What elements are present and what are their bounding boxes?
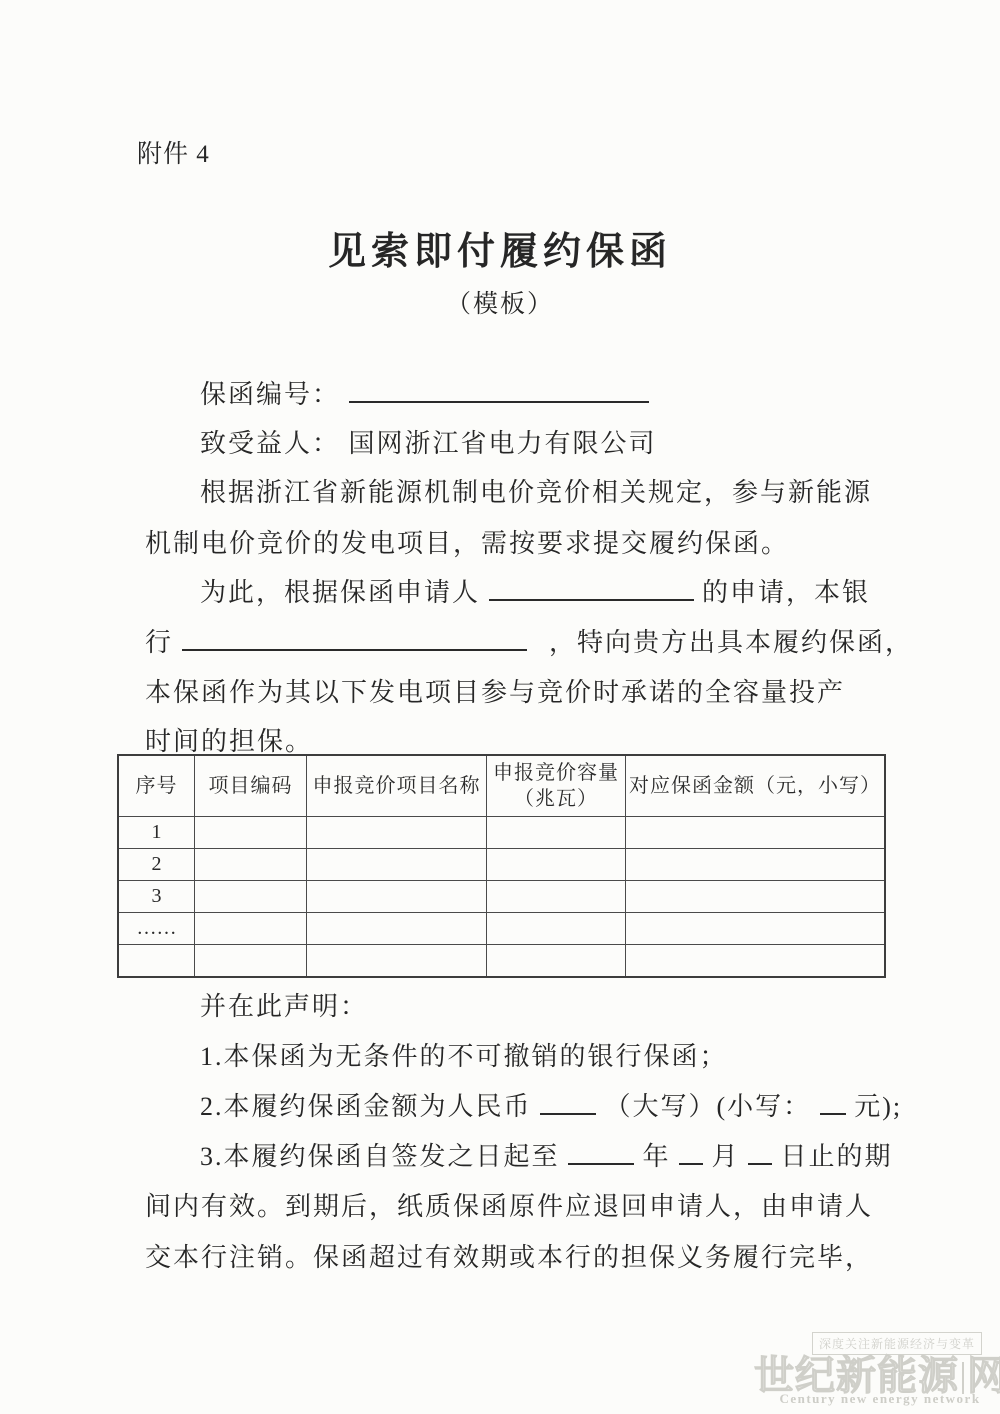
amount-figures-blank-field (820, 1108, 846, 1115)
cell-bond-amount (626, 817, 886, 849)
cell-project-name (307, 913, 487, 945)
item2-pre-text: 2.本履约保函金额为人民币 (200, 1092, 532, 1121)
declaration-item-3-line-2: 间内有效。到期后，纸质保函原件应退回申请人，由申请人 (145, 1186, 873, 1223)
project-bond-table: 序号 项目编码 申报竞价项目名称 申报竞价容量 （兆瓦） 对应保函金额（元，小写… (117, 754, 886, 978)
document-page: 附件 4 见索即付履约保函 （模板） 保函编号： 致受益人： 国网浙江省电力有限… (0, 0, 1000, 1414)
amount-words-blank-field (540, 1108, 596, 1115)
cell-serial: …… (118, 913, 195, 945)
table-row: 1 (118, 817, 885, 849)
item2-mid-text: （大写）(小写： (605, 1092, 812, 1121)
paragraph-2-line-2: 行 ，特向贵方出具本履约保函， (145, 622, 913, 659)
declaration-item-2: 2.本履约保函金额为人民币 （大写）(小写： 元); (200, 1086, 902, 1123)
cell-project-code (195, 849, 307, 881)
watermark-english-subtitle: Century new energy network (770, 1391, 990, 1407)
cell-serial: 2 (118, 849, 195, 881)
table-row: 3 (118, 881, 885, 913)
paragraph-1-line-2: 机制电价竞价的发电项目，需按要求提交履约保函。 (145, 523, 789, 560)
bank-name-blank-field (182, 644, 527, 651)
table-row: 2 (118, 849, 885, 881)
month-unit-text: 月 (712, 1142, 740, 1171)
header-project-code: 项目编码 (195, 755, 307, 817)
beneficiary-value: 国网浙江省电力有限公司 (349, 429, 657, 458)
cell-bond-amount (626, 945, 886, 978)
declaration-item-1: 1.本保函为无条件的不可撤销的银行保函； (200, 1036, 728, 1073)
cell-bid-capacity (487, 913, 626, 945)
cell-bond-amount (626, 849, 886, 881)
table-header-row: 序号 项目编码 申报竞价项目名称 申报竞价容量 （兆瓦） 对应保函金额（元，小写… (118, 755, 885, 817)
item3-pre-text: 3.本履约保函自签发之日起至 (200, 1142, 560, 1171)
expiry-month-blank-field (679, 1158, 703, 1165)
applicant-pre-text: 为此，根据保函申请人 (200, 578, 480, 607)
cell-project-code (195, 913, 307, 945)
paragraph-2-line-1: 为此，根据保函申请人 的申请，本银 (200, 572, 870, 609)
header-bid-capacity: 申报竞价容量 （兆瓦） (487, 755, 626, 817)
cell-bond-amount (626, 881, 886, 913)
cell-bid-capacity (487, 945, 626, 978)
expiry-day-blank-field (748, 1158, 772, 1165)
applicant-blank-field (489, 594, 694, 601)
cell-project-code (195, 817, 307, 849)
page-title: 见索即付履约保函 (0, 220, 1000, 275)
item2-end-text: 元); (854, 1092, 902, 1121)
cell-project-code (195, 945, 307, 978)
cell-project-code (195, 881, 307, 913)
cell-project-name (307, 817, 487, 849)
watermark-divider-bar (962, 1362, 964, 1394)
cell-project-name (307, 849, 487, 881)
page-subtitle: （模板） (0, 284, 1000, 320)
declaration-heading: 并在此声明： (200, 986, 368, 1023)
cell-bid-capacity (487, 849, 626, 881)
cell-bond-amount (626, 913, 886, 945)
cell-project-name (307, 881, 487, 913)
paragraph-2-line-4: 时间的担保。 (145, 721, 313, 758)
header-project-name: 申报竞价项目名称 (307, 755, 487, 817)
header-serial-no: 序号 (118, 755, 195, 817)
beneficiary-label: 致受益人： (200, 429, 340, 458)
bank-post-text: ，特向贵方出具本履约保函， (549, 628, 913, 657)
guarantee-number-blank-field (349, 396, 649, 403)
header-bid-capacity-line1: 申报竞价容量 (487, 760, 625, 786)
beneficiary-line: 致受益人： 国网浙江省电力有限公司 (200, 423, 657, 460)
table-row (118, 945, 885, 978)
year-unit-text: 年 (643, 1142, 671, 1171)
cell-bid-capacity (487, 881, 626, 913)
guarantee-number-label: 保函编号： (200, 380, 340, 409)
bank-pre-text: 行 (145, 628, 173, 657)
cell-serial: 1 (118, 817, 195, 849)
item3-end-text: 日止的期 (781, 1142, 893, 1171)
cell-serial: 3 (118, 881, 195, 913)
expiry-year-blank-field (568, 1158, 634, 1165)
declaration-item-3-line-3: 交本行注销。保函超过有效期或本行的担保义务履行完毕， (145, 1237, 873, 1274)
cell-serial (118, 945, 195, 978)
header-bid-capacity-unit: （兆瓦） (487, 786, 625, 812)
cell-project-name (307, 945, 487, 978)
declaration-item-3-line-1: 3.本履约保函自签发之日起至 年 月 日止的期 (200, 1136, 893, 1173)
table-row: …… (118, 913, 885, 945)
guarantee-number-line: 保函编号： (200, 374, 649, 411)
paragraph-2-line-3: 本保函作为其以下发电项目参与竞价时承诺的全容量投产 (145, 672, 845, 709)
paragraph-1-line-1: 根据浙江省新能源机制电价竞价相关规定，参与新能源 (200, 472, 872, 509)
cell-bid-capacity (487, 817, 626, 849)
attachment-label: 附件 4 (137, 134, 210, 170)
header-bond-amount: 对应保函金额（元，小写） (626, 755, 886, 817)
applicant-post-text: 的申请，本银 (702, 578, 870, 607)
